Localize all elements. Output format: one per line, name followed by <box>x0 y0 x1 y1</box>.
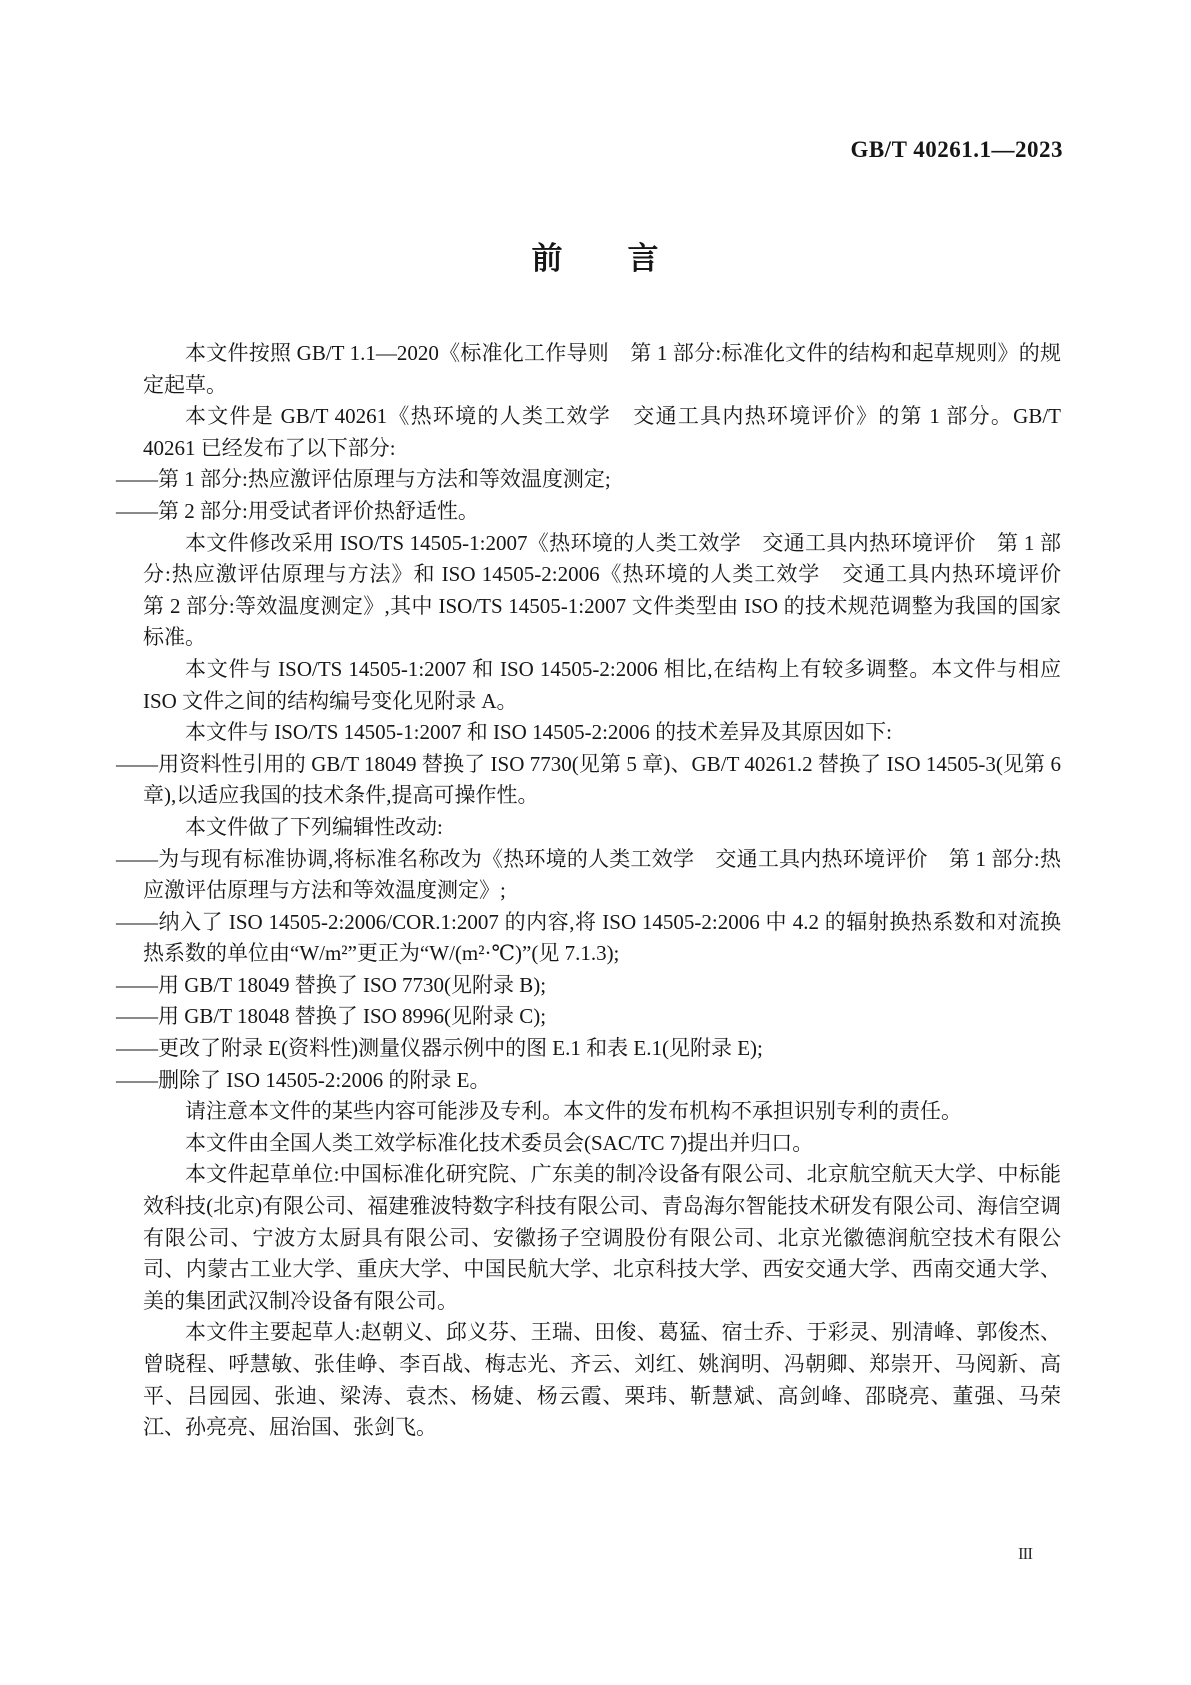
standard-number: GB/T 40261.1—2023 <box>850 137 1063 163</box>
paragraph-19: 本文件主要起草人:赵朝义、邱义芬、王瑞、田俊、葛猛、宿士乔、于彩灵、别清峰、郭俊… <box>143 1317 1061 1443</box>
paragraph-12: ——用 GB/T 18049 替换了 ISO 7730(见附录 B); <box>143 970 1061 1002</box>
paragraph-16: 请注意本文件的某些内容可能涉及专利。本文件的发布机构不承担识别专利的责任。 <box>143 1096 1061 1128</box>
paragraph-11: ——纳入了 ISO 14505-2:2006/COR.1:2007 的内容,将 … <box>143 907 1061 970</box>
paragraph-13: ——用 GB/T 18048 替换了 ISO 8996(见附录 C); <box>143 1001 1061 1033</box>
paragraph-7: 本文件与 ISO/TS 14505-1:2007 和 ISO 14505-2:2… <box>143 717 1061 749</box>
paragraph-18: 本文件起草单位:中国标准化研究院、广东美的制冷设备有限公司、北京航空航天大学、中… <box>143 1159 1061 1317</box>
paragraph-10: ——为与现有标准协调,将标准名称改为《热环境的人类工效学 交通工具内热环境评价 … <box>143 844 1061 907</box>
paragraph-15: ——删除了 ISO 14505-2:2006 的附录 E。 <box>143 1065 1061 1097</box>
paragraph-17: 本文件由全国人类工效学标准化技术委员会(SAC/TC 7)提出并归口。 <box>143 1128 1061 1160</box>
paragraph-3: ——第 1 部分:热应激评估原理与方法和等效温度测定; <box>143 464 1061 496</box>
foreword-body: 本文件按照 GB/T 1.1—2020《标准化工作导则 第 1 部分:标准化文件… <box>143 338 1061 1444</box>
foreword-title: 前 言 <box>0 233 1191 278</box>
paragraph-8: ——用资料性引用的 GB/T 18049 替换了 ISO 7730(见第 5 章… <box>143 749 1061 812</box>
paragraph-9: 本文件做了下列编辑性改动: <box>143 812 1061 844</box>
document-page: GB/T 40261.1—2023 前 言 本文件按照 GB/T 1.1—202… <box>0 0 1191 1685</box>
paragraph-1: 本文件按照 GB/T 1.1—2020《标准化工作导则 第 1 部分:标准化文件… <box>143 338 1061 401</box>
paragraph-14: ——更改了附录 E(资料性)测量仪器示例中的图 E.1 和表 E.1(见附录 E… <box>143 1033 1061 1065</box>
paragraph-5: 本文件修改采用 ISO/TS 14505-1:2007《热环境的人类工效学 交通… <box>143 528 1061 654</box>
page-number: III <box>1018 1544 1032 1564</box>
paragraph-6: 本文件与 ISO/TS 14505-1:2007 和 ISO 14505-2:2… <box>143 654 1061 717</box>
paragraph-4: ——第 2 部分:用受试者评价热舒适性。 <box>143 496 1061 528</box>
paragraph-2: 本文件是 GB/T 40261《热环境的人类工效学 交通工具内热环境评价》的第 … <box>143 401 1061 464</box>
